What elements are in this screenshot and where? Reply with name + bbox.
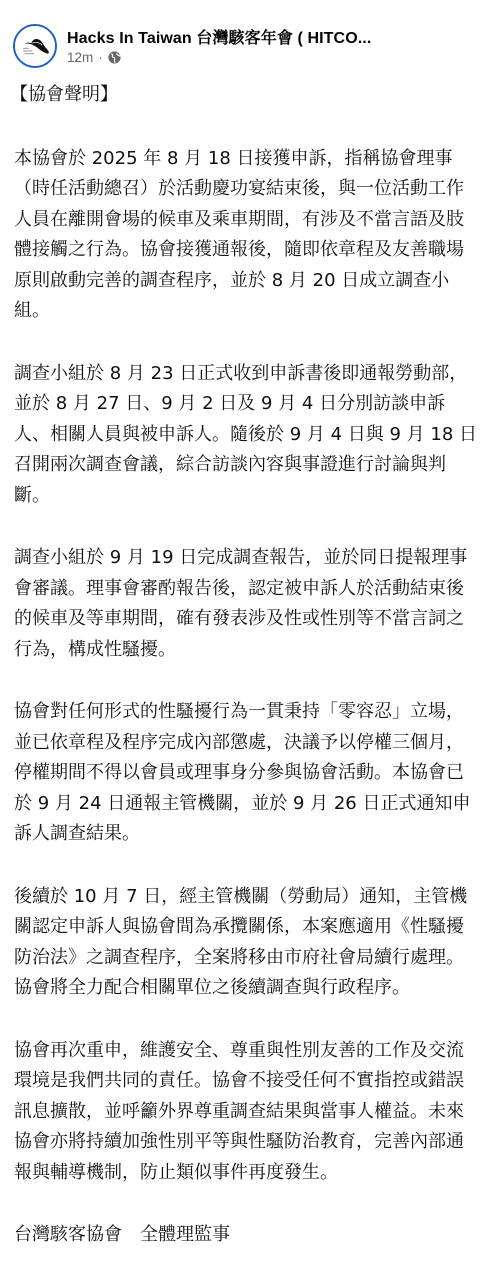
paragraph-disciplinary-action: 協會對任何形式的性騷擾行為一貫秉持「零容忍」立場，並已依章程及程序完成內部懲處，… [14, 697, 478, 850]
globe-icon[interactable] [108, 51, 121, 64]
page-avatar[interactable] [13, 24, 57, 68]
hacker-hat-logo-icon [15, 26, 55, 66]
post-timestamp[interactable]: 12m [67, 50, 93, 65]
post-meta: 12m · [67, 50, 121, 65]
paragraph-complaint-received: 本協會於 2025 年 8 月 18 日接獲申訴，指稱協會理事（時任活動總召）於… [14, 144, 478, 327]
post-header: Hacks In Taiwan 台灣駭客年會 ( HITCO... 12m · [0, 0, 488, 78]
paragraph-case-transfer: 後續於 10 月 7 日，經主管機關（勞動局）通知，主管機關認定申訴人與協會間為… [14, 882, 478, 1004]
post-body: 【協會聲明】 本協會於 2025 年 8 月 18 日接獲申訴，指稱協會理事（時… [14, 80, 478, 1024]
paragraph-investigation-process: 調查小組於 8 月 23 日正式收到申訴書後即通報勞動部，並於 8 月 27 日… [14, 359, 478, 512]
page-name-link[interactable]: Hacks In Taiwan 台灣駭客年會 ( HITCO... [67, 25, 371, 48]
statement-heading: 【協會聲明】 [10, 80, 478, 111]
paragraph-investigation-result: 調查小組於 9 月 19 日完成調查報告，並於同日提報理事會審議。理事會審酌報告… [14, 543, 478, 665]
meta-separator: · [98, 50, 103, 65]
